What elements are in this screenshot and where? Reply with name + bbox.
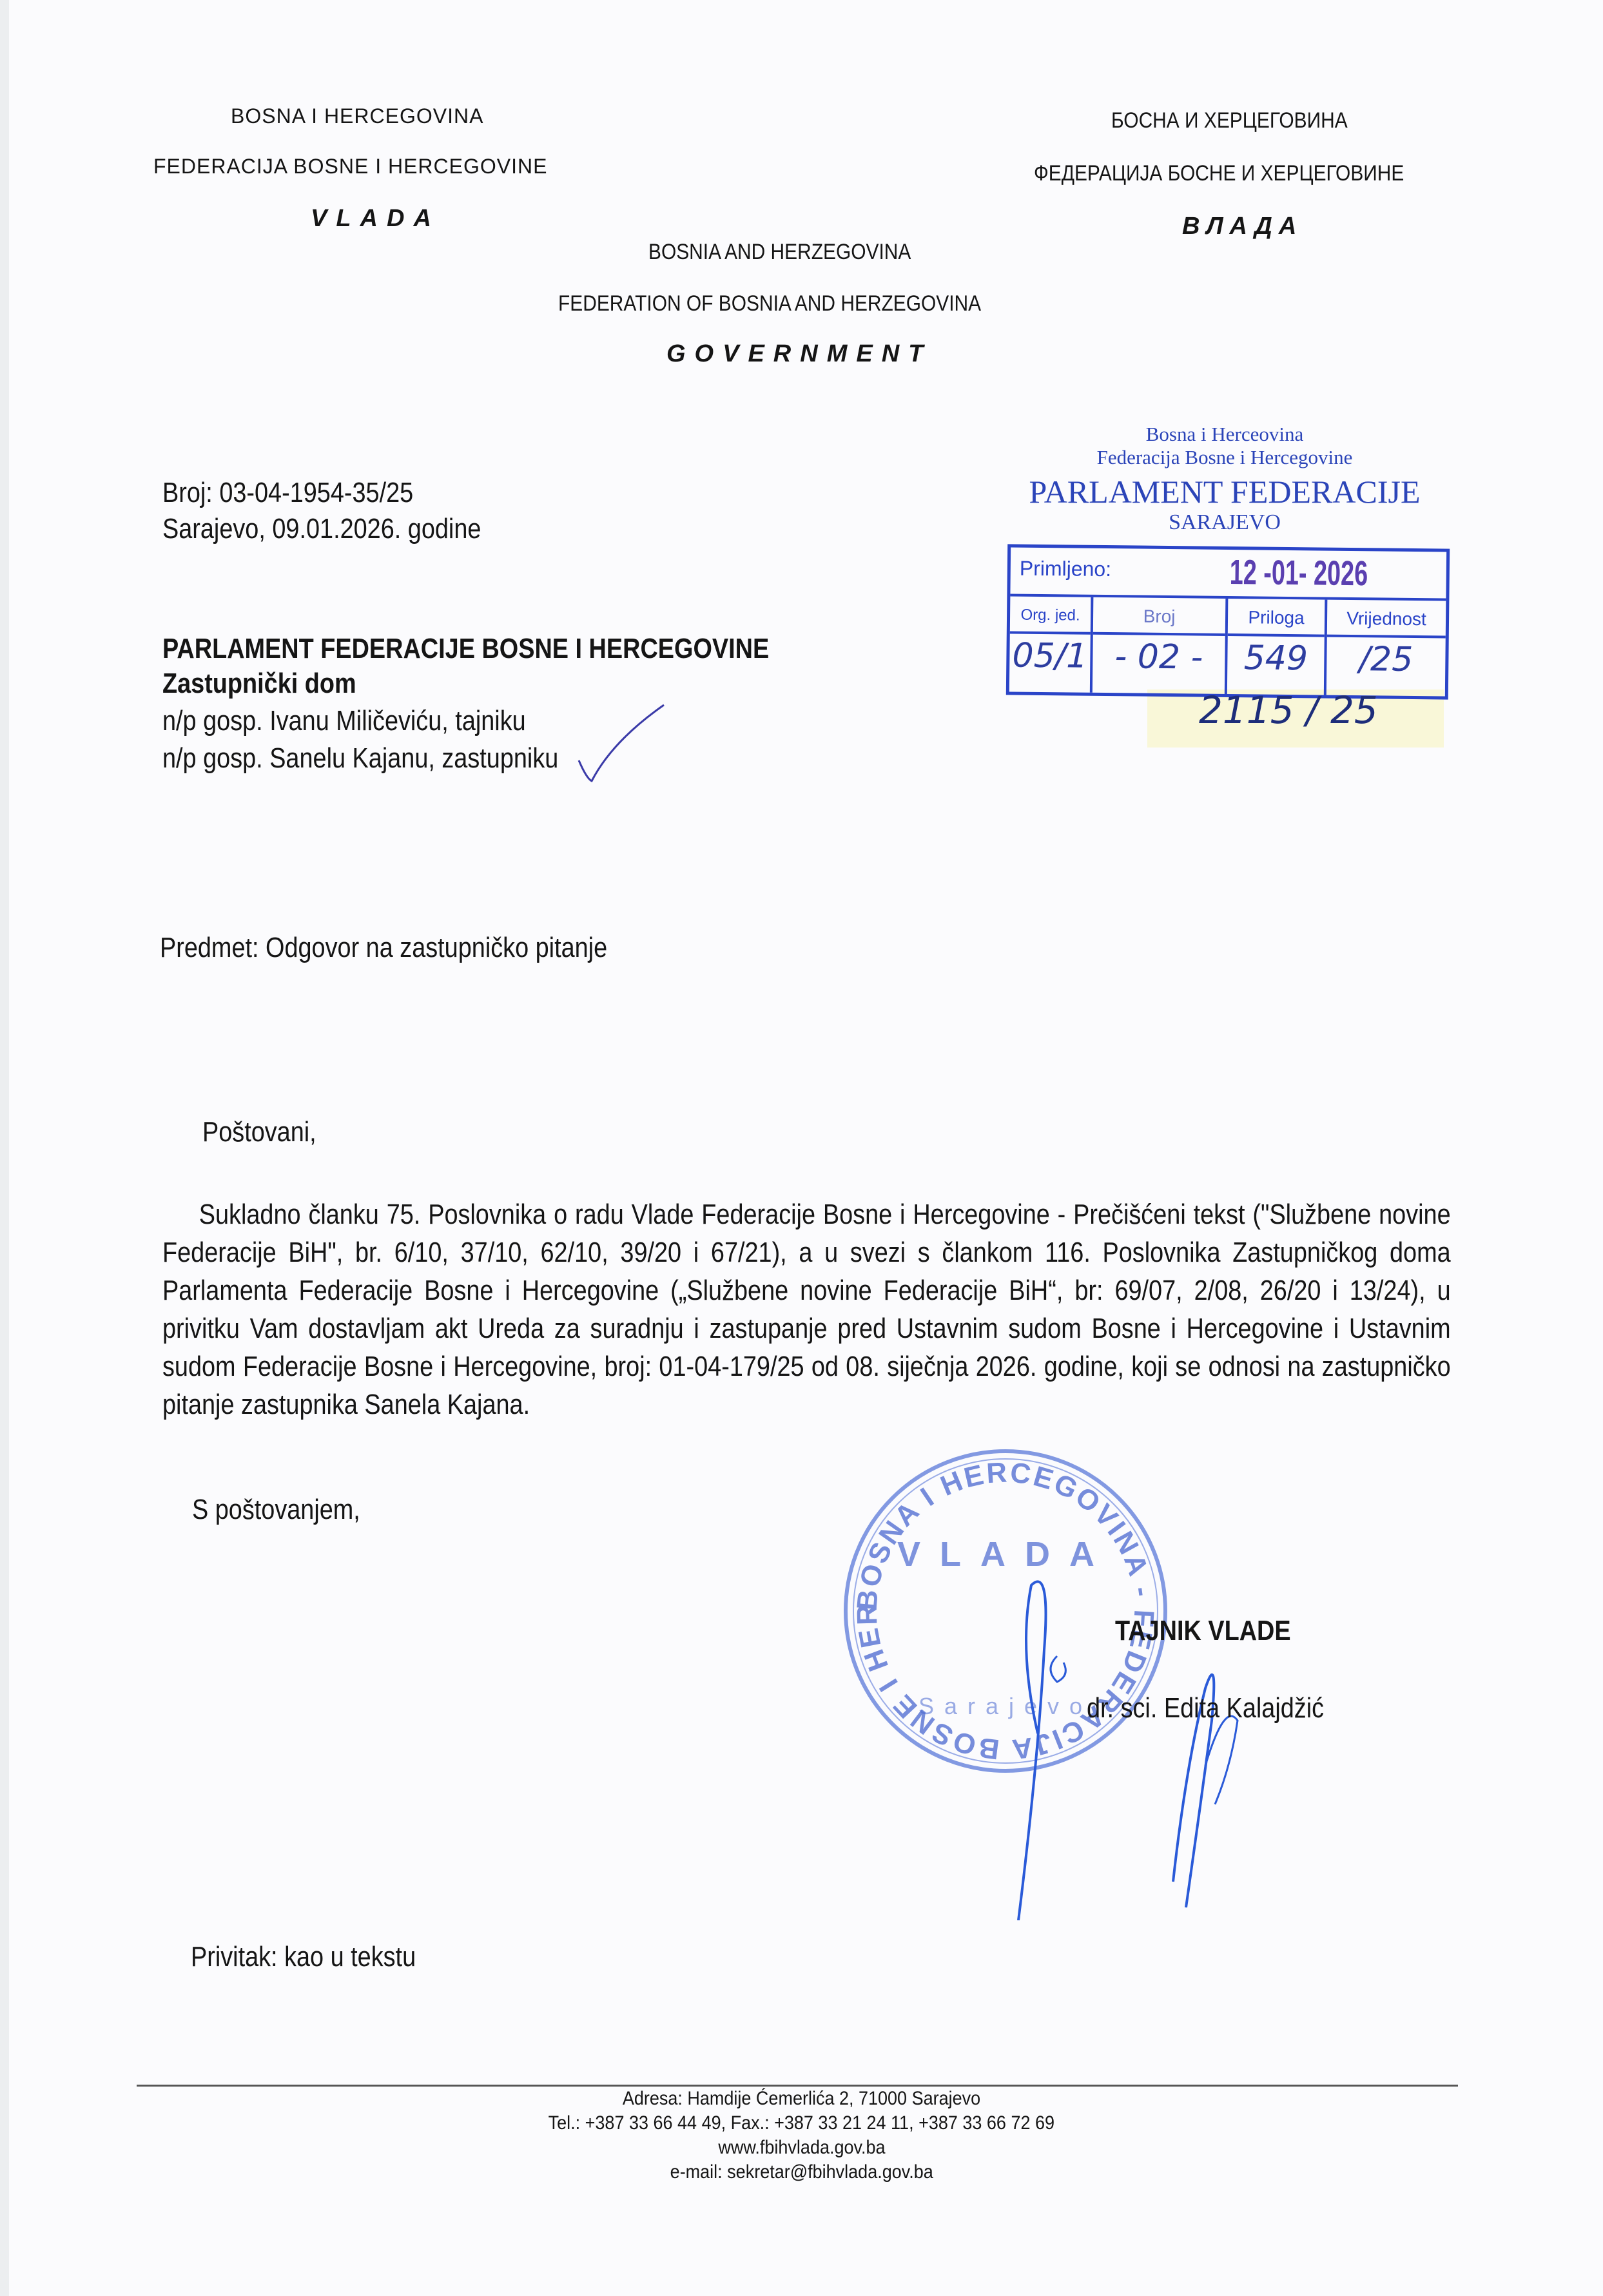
letterhead-left-line2: FEDERACIJA BOSNE I HERCEGOVINE: [153, 155, 547, 178]
letterhead-center-line2: FEDERATION OF BOSNIA AND HERZEGOVINA: [558, 291, 981, 316]
letterhead-right-line3: ВЛАДА: [1182, 213, 1303, 240]
body-paragraph: Sukladno članku 75. Poslovnika o radu Vl…: [162, 1195, 1451, 1423]
stamp-received-date: 12 -01- 2026: [1229, 552, 1368, 593]
recipient-attn1: n/p gosp. Ivanu Miličeviću, tajniku: [162, 705, 526, 737]
checkmark-icon: [574, 702, 670, 786]
attachment-note: Privitak: kao u tekstu: [191, 1941, 416, 1973]
footer-website: www.fbihvlada.gov.ba: [0, 2137, 1603, 2159]
subject: Predmet: Odgovor na zastupničko pitanje: [160, 932, 607, 964]
stamp-col-priloga: Priloga 549: [1227, 599, 1328, 695]
stamp-col-vrijednost: Vrijednost /25: [1326, 600, 1446, 697]
stamp-col-org: Org. jed. 05/1: [1009, 596, 1094, 692]
footer-email: e-mail: sekretar@fbihvlada.gov.ba: [0, 2161, 1603, 2183]
stamp-line1: Bosna i Herceovina: [1006, 423, 1444, 446]
signatory-title: TAJNIK VLADE: [1115, 1615, 1291, 1647]
stamp-received-row: Primljeno: 12 -01- 2026: [1010, 547, 1446, 601]
stamp-handwritten-number: 2115 / 25: [1199, 688, 1378, 732]
letterhead-center-line1: BOSNIA AND HERZEGOVINA: [648, 240, 911, 265]
footer-phone: Tel.: +387 33 66 44 49, Fax.: +387 33 21…: [0, 2112, 1603, 2134]
recipient-house: Zastupnički dom: [162, 668, 356, 700]
letterhead-right-line1: БОСНА И ХЕРЦЕГОВИНА: [1111, 108, 1348, 133]
letterhead-left-line1: BOSNA I HERCEGOVINA: [231, 104, 483, 128]
footer-address: Adresa: Hamdije Ćemerlića 2, 71000 Saraj…: [0, 2088, 1603, 2110]
letterhead-center-line3: GOVERNMENT: [666, 340, 932, 368]
letterhead-left-line3: VLADA: [311, 205, 440, 233]
recipient-org: PARLAMENT FEDERACIJE BOSNE I HERCEGOVINE: [162, 633, 769, 665]
footer-divider: [137, 2085, 1458, 2087]
stamp-received-label: Primljeno:: [1020, 557, 1112, 581]
stamp-line4: SARAJEVO: [1006, 510, 1444, 535]
salutation: Poštovani,: [202, 1116, 316, 1148]
stamp-col-broj: Broj - 02 -: [1093, 597, 1229, 694]
reference-place-date: Sarajevo, 09.01.2026. godine: [162, 513, 481, 545]
recipient-attn2: n/p gosp. Sanelu Kajanu, zastupniku: [162, 742, 558, 775]
body-text: Sukladno članku 75. Poslovnika o radu Vl…: [162, 1199, 1451, 1420]
reference-number: Broj: 03-04-1954-35/25: [162, 477, 413, 509]
stamp-line3: PARLAMENT FEDERACIJE: [1006, 473, 1444, 510]
closing: S poštovanjem,: [192, 1494, 360, 1526]
seal-center-text: VLADA: [897, 1535, 1114, 1574]
stamp-line2: Federacija Bosne i Hercegovine: [1006, 446, 1444, 469]
stamp-box: Primljeno: 12 -01- 2026 Org. jed. 05/1 B…: [1006, 544, 1450, 699]
scan-edge: [0, 0, 9, 2296]
signatory-name: dr. sci. Edita Kalajdžić: [1087, 1692, 1324, 1724]
stamp-columns: Org. jed. 05/1 Broj - 02 - Priloga 549 V…: [1009, 596, 1446, 696]
letterhead-right-line2: ФЕДЕРАЦИЈА БОСНЕ И ХЕРЦЕГОВИНЕ: [1034, 161, 1404, 186]
